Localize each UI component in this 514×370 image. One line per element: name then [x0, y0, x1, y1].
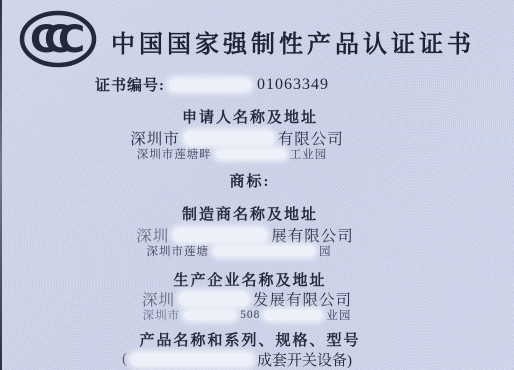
redaction-box — [184, 131, 274, 145]
trademark-label: 商标: — [0, 170, 500, 191]
cert-number-label: 证书编号: — [95, 74, 165, 95]
manufacturer-address-prefix: 深圳市莲塘 — [147, 243, 210, 259]
factory-address-line: 深圳市 508 业园 — [0, 307, 504, 323]
factory-address-suffix: 业园 — [326, 307, 351, 323]
redaction-box — [173, 228, 267, 242]
redaction-box — [169, 79, 251, 91]
redaction-box — [216, 149, 286, 159]
cert-number-line: 证书编号: 01063349 — [0, 74, 469, 95]
product-line-prefix: ( — [122, 351, 127, 368]
ccc-logo-icon: C C C — [17, 8, 99, 70]
manufacturer-address-line: 深圳市莲塘 园 — [0, 243, 496, 259]
redaction-box — [264, 310, 322, 320]
certificate-title: 中国国家强制性产品认证证书 — [111, 24, 491, 59]
product-line: ( 成套开关设备) — [0, 349, 494, 370]
redaction-box — [213, 246, 315, 256]
product-heading: 产品名称和系列、规格、型号 — [0, 329, 500, 350]
applicant-address-line: 深圳市莲塘畔 工业园 — [0, 146, 489, 162]
cert-number-value: 01063349 — [257, 76, 329, 94]
redaction-box — [184, 310, 236, 320]
factory-heading: 生产企业名称及地址 — [0, 269, 500, 290]
manufacturer-heading: 制造商名称及地址 — [0, 203, 500, 224]
redaction-box — [179, 292, 249, 306]
factory-address-mid: 508 — [240, 309, 260, 321]
manufacturer-address-suffix: 园 — [319, 243, 332, 259]
certificate-page: C C C 中国国家强制性产品认证证书 证书编号: 01063349 申请人名称… — [0, 0, 514, 370]
factory-address-prefix: 深圳市 — [143, 307, 181, 323]
redaction-box — [131, 353, 253, 366]
applicant-heading: 申请人名称及地址 — [0, 106, 500, 127]
applicant-address-suffix: 工业园 — [290, 146, 328, 162]
svg-text:C: C — [58, 18, 85, 61]
product-line-suffix: 成套开关设备) — [257, 349, 352, 370]
applicant-address-prefix: 深圳市莲塘畔 — [137, 146, 212, 162]
